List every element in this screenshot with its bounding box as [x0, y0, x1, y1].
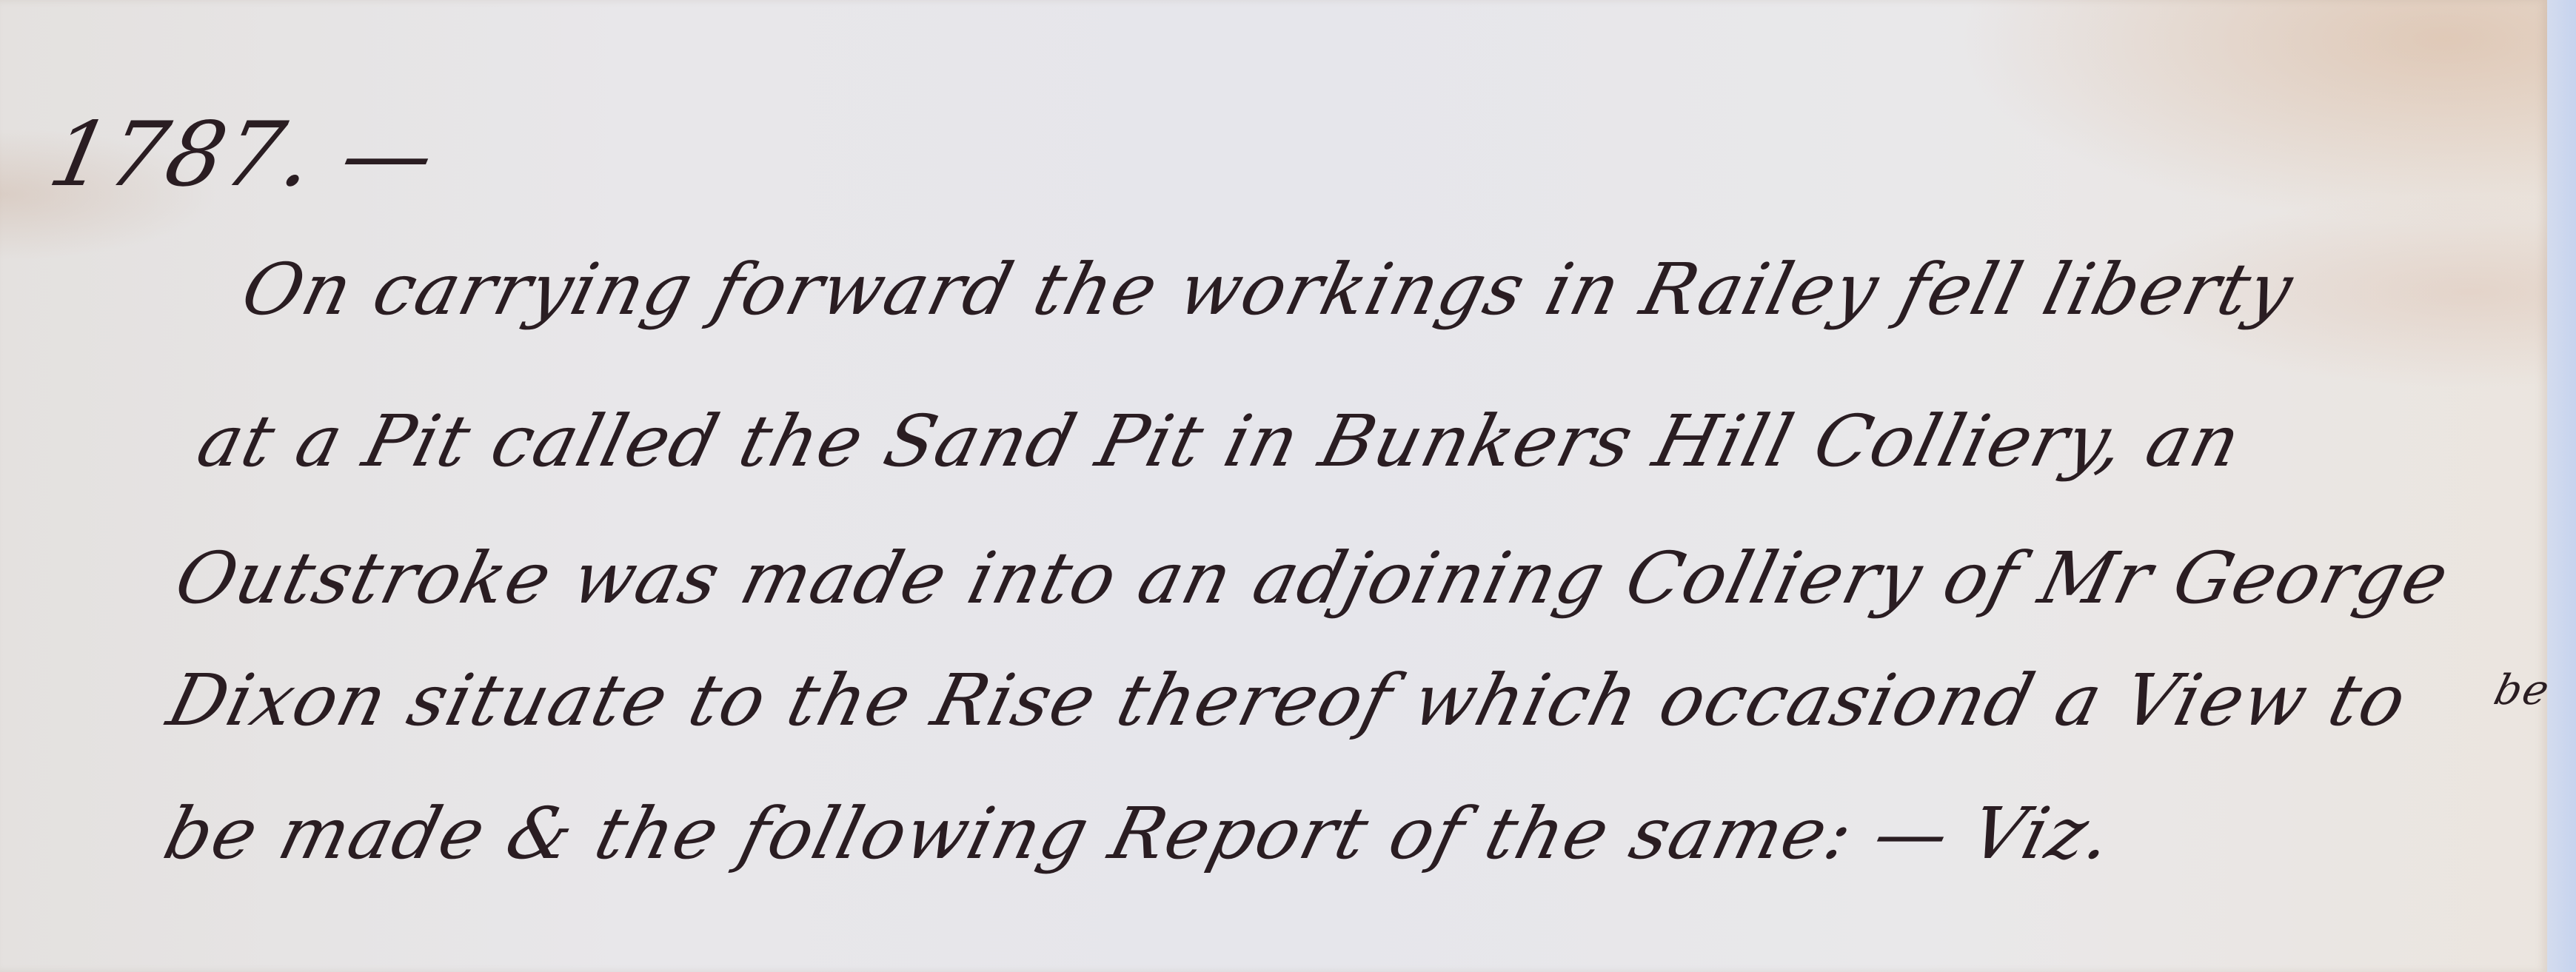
manuscript-line-2: at a Pit called the Sand Pit in Bunkers …: [190, 400, 2249, 483]
background-edge: [2547, 0, 2576, 972]
manuscript-line-4: Dixon situate to the Rise thereof which …: [160, 659, 2415, 742]
year-heading: 1787. —: [41, 104, 444, 207]
manuscript-line-5: be made & the following Report of the sa…: [156, 792, 2122, 875]
interlinear-insertion: be: [2489, 666, 2555, 714]
manuscript-line-3: Outstroke was made into an adjoining Col…: [167, 537, 2458, 620]
manuscript-line-1: On carrying forward the workings in Rail…: [234, 248, 2302, 331]
manuscript-page: 1787. — On carrying forward the workings…: [0, 0, 2547, 972]
